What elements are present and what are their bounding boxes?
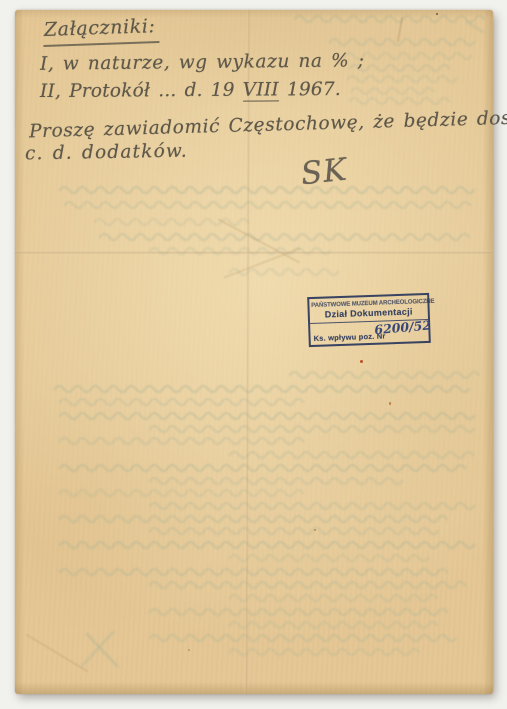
museum-registry-stamp: PAŃSTWOWE MUZEUM ARCHEOLOGICZNE Dział Do… xyxy=(307,293,431,347)
attachment-item-2-prefix: II, Protokół ... d. 19 xyxy=(40,80,243,102)
initials-signature: SK xyxy=(299,152,349,193)
attachments-heading: Załączniki: xyxy=(43,15,159,47)
roman-numeral-viii: VIII xyxy=(243,79,279,101)
attachment-item-1: I, w naturze, wg wykazu na % ; xyxy=(40,50,365,74)
stamp-register-row: Ks. wpływu poz. Nr 6200/52 xyxy=(310,320,429,346)
document-page: Załączniki: I, w naturze, wg wykazu na %… xyxy=(15,10,493,694)
note-line-2: c. d. dodatków. xyxy=(25,141,188,165)
attachment-item-2-suffix: 1967. xyxy=(279,79,341,100)
attachment-item-2: II, Protokół ... d. 19 VIII 1967. xyxy=(40,79,341,102)
scan-backdrop: Załączniki: I, w naturze, wg wykazu na %… xyxy=(0,0,507,709)
